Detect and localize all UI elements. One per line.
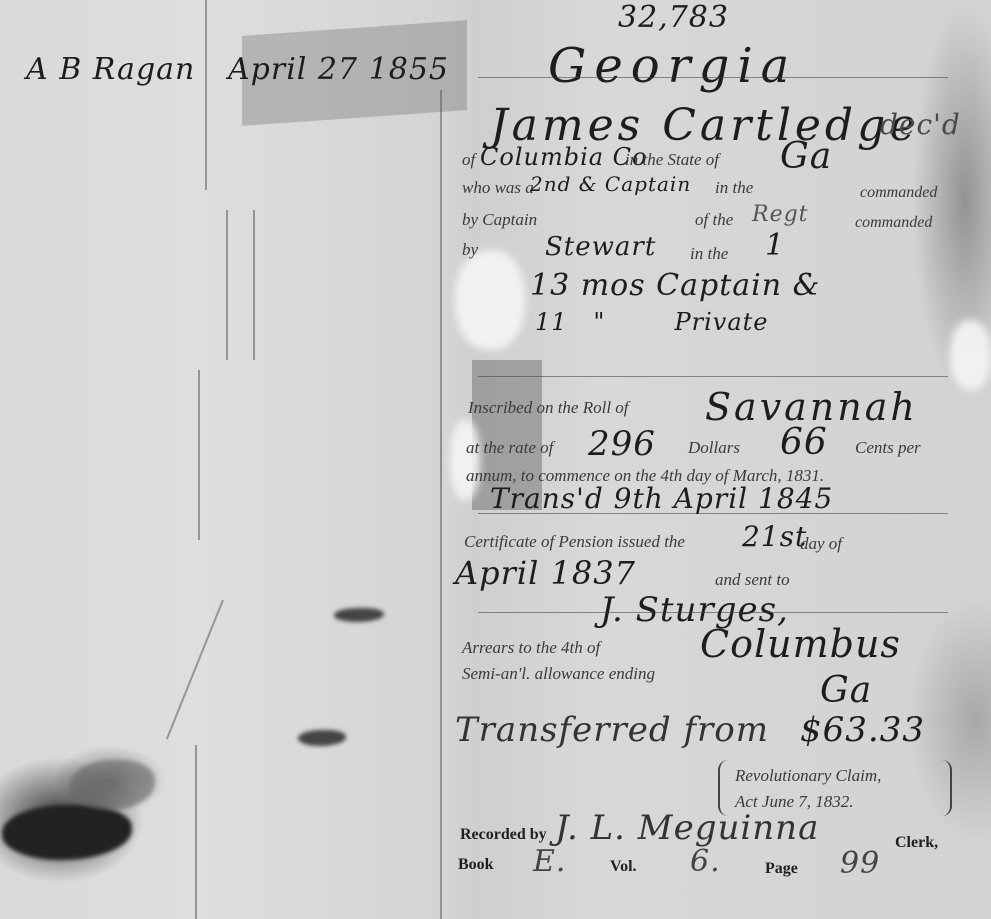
service-line1-suffix: commanded [860, 184, 937, 202]
recorded-label: Recorded by [460, 826, 547, 844]
annotation-signature: A B Ragan [26, 52, 195, 87]
form-rule [478, 612, 948, 613]
vol-value: 6. [690, 844, 721, 879]
annotation-date: April 27 1855 [228, 52, 449, 87]
vol-label: Vol. [610, 858, 637, 876]
service-line1-mid: in the [715, 178, 753, 198]
commander: Stewart [545, 232, 656, 262]
certificate-month-year: April 1837 [455, 554, 636, 592]
clerk-label: Clerk, [895, 834, 938, 852]
arrears-note: Transferred from [455, 710, 769, 750]
book-value: E. [533, 844, 566, 879]
pensioner-state: Ga [780, 136, 832, 177]
ink-stain [2, 805, 132, 860]
fold-line [205, 0, 207, 190]
paper-tear [950, 320, 991, 390]
fold-line [226, 210, 228, 360]
paper-tear [455, 250, 525, 350]
ink-stain [70, 760, 155, 810]
regiment: Regt [752, 202, 809, 227]
fold-line [253, 210, 255, 360]
arrears-line1: Arrears to the 4th of [462, 638, 600, 658]
clerk-signature: J. L. Meguinna [555, 808, 819, 848]
ink-stain [298, 730, 346, 746]
service-line2-prefix: by Captain [462, 210, 537, 230]
service-term-1: 13 mos Captain & [530, 268, 820, 303]
rank: 2nd & Captain [530, 172, 691, 196]
rate-dollars: 296 [588, 424, 656, 464]
paper-tear [450, 420, 480, 500]
rate-cents: 66 [780, 422, 828, 463]
service-line3-prefix: by [462, 240, 478, 260]
service-line3-mid: in the [690, 244, 728, 264]
rate-prefix: at the rate of [466, 438, 553, 458]
service-term-2: 11 " Private [535, 308, 769, 336]
ink-stain [334, 608, 384, 622]
service-line3-value: 1 [765, 228, 785, 263]
document-scan: A B Ragan April 27 1855 32,783 Georgia J… [0, 0, 991, 919]
book-label: Book [458, 856, 494, 874]
arrears-line2: Semi-an'l. allowance ending [462, 664, 655, 684]
form-rule [478, 77, 948, 78]
cents-label: Cents per [855, 438, 921, 458]
line-of-label: of [462, 150, 475, 170]
state-heading: Georgia [548, 38, 797, 94]
service-line2-mid: of the [695, 210, 733, 230]
claim-line1: Revolutionary Claim, [735, 766, 881, 786]
state-label: in the State of [625, 150, 719, 170]
left-panel: A B Ragan April 27 1855 [0, 0, 445, 919]
pensioner-status: dec'd [880, 108, 961, 141]
fold-line [166, 600, 224, 740]
certificate-location-state: Ga [820, 670, 872, 711]
form-rule [478, 513, 948, 514]
residence: Columbia Co [480, 143, 648, 171]
fold-line [440, 90, 442, 919]
dollars-label: Dollars [688, 438, 740, 458]
inscribed-label: Inscribed on the Roll of [468, 398, 629, 418]
certificate-issued-label: Certificate of Pension issued the [464, 532, 685, 552]
fold-line [195, 745, 197, 919]
file-number: 32,783 [618, 0, 729, 35]
certificate-location: Columbus [700, 622, 901, 666]
transfer-note: Trans'd 9th April 1845 [490, 482, 833, 515]
arrears-amount: $63.33 [800, 710, 925, 750]
sent-label: and sent to [715, 570, 790, 590]
page-value: 99 [840, 846, 880, 881]
service-line1-prefix: who was a [462, 178, 534, 198]
certificate-day: 21st [742, 520, 807, 553]
day-of-label: day of [800, 534, 842, 554]
fold-line [198, 370, 200, 540]
form-rule [478, 376, 948, 377]
service-line2-suffix: commanded [855, 214, 932, 232]
page-label: Page [765, 860, 798, 878]
